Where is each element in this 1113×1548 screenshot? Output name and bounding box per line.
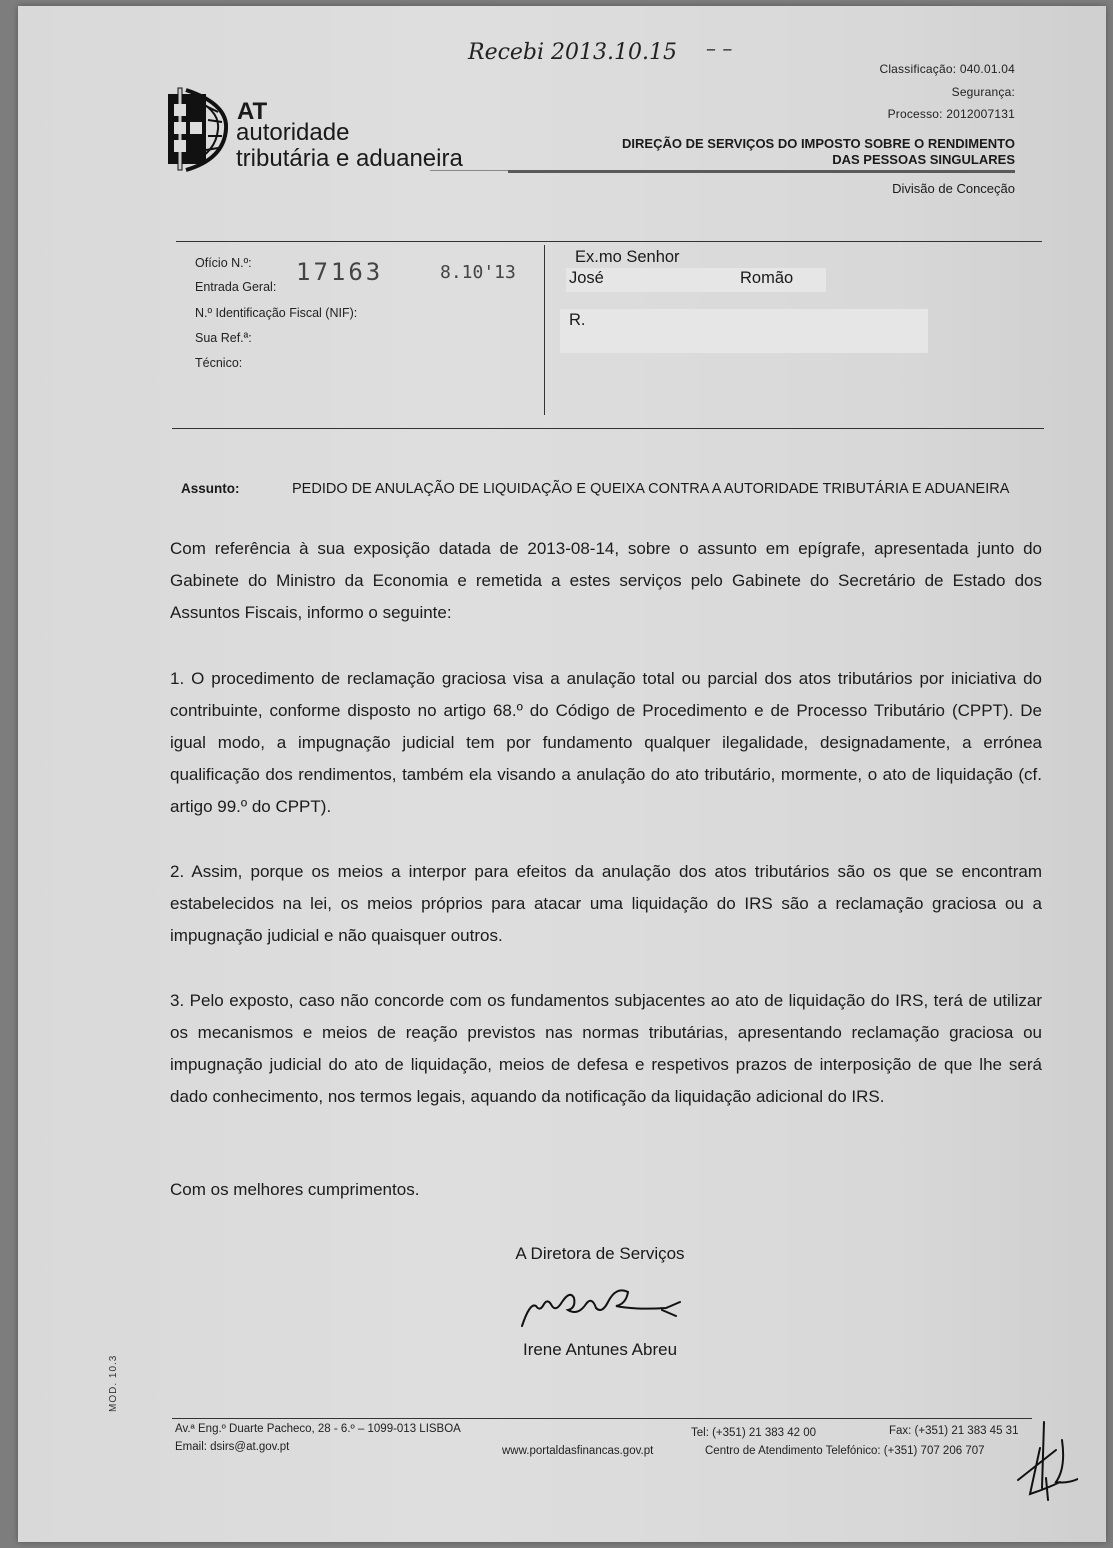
department-line2: DAS PESSOAS SINGULARES: [622, 152, 1015, 168]
footer-address: Av.ª Eng.º Duarte Pacheco, 28 - 6.º – 10…: [175, 1423, 461, 1435]
logo-text-line2: tributária e aduaneira: [236, 146, 463, 172]
department-line1: DIREÇÃO DE SERVIÇOS DO IMPOSTO SOBRE O R…: [622, 136, 1015, 152]
form-model-label: MOD. 10.3: [108, 1355, 119, 1412]
department-name: DIREÇÃO DE SERVIÇOS DO IMPOSTO SOBRE O R…: [622, 136, 1015, 168]
redacted-address-area: [560, 309, 928, 353]
sua-ref-label: Sua Ref.ª:: [195, 331, 252, 345]
subject-label: Assunto:: [181, 481, 240, 496]
seguranca: Segurança:: [952, 85, 1015, 99]
footer-call-center: Centro de Atendimento Telefónico: (+351)…: [705, 1445, 985, 1457]
handwritten-signature-icon: [516, 1282, 696, 1337]
logo-underline: [430, 170, 508, 171]
logo-text-line1: autoridade: [236, 120, 349, 146]
classificacao: Classificação: 040.01.04: [879, 62, 1015, 76]
recipient-salutation: Ex.mo Senhor: [575, 248, 680, 267]
recipient-last-name: Romão: [740, 269, 793, 288]
reference-top-rule: [176, 241, 1042, 242]
paragraph-2: 2. Assim, porque os meios a interpor par…: [170, 856, 1042, 952]
handwritten-received-note: Recebi 2013.10.15: [468, 40, 677, 65]
signature-title: A Diretora de Serviços: [480, 1244, 720, 1264]
reference-bottom-rule: [172, 428, 1044, 429]
footer-fax: Fax: (+351) 21 383 45 31: [889, 1425, 1018, 1437]
handwritten-initials-icon: [1008, 1418, 1078, 1513]
entrada-geral-label: Entrada Geral:: [195, 280, 276, 294]
entrada-stamp-date: 8.10'13: [440, 262, 516, 283]
recipient-address-initial: R.: [569, 311, 586, 330]
closing-line: Com os melhores cumprimentos.: [170, 1174, 1042, 1206]
footer-rule: [172, 1418, 1032, 1419]
footer-website: www.portaldasfinancas.gov.pt: [502, 1445, 653, 1457]
nif-label: N.º Identificação Fiscal (NIF):: [195, 306, 357, 320]
department-divider: [508, 170, 1015, 173]
division-name: Divisão de Conceção: [892, 181, 1015, 196]
tecnico-label: Técnico:: [195, 356, 242, 370]
intro-paragraph: Com referência à sua exposição datada de…: [170, 533, 1042, 629]
subject-text: PEDIDO DE ANULAÇÃO DE LIQUIDAÇÃO E QUEIX…: [292, 481, 1052, 498]
entrada-stamp-number: 17163: [296, 258, 383, 286]
reference-vertical-rule: [544, 245, 545, 415]
handwritten-dash-mark: – –: [706, 36, 732, 60]
signatory-name: Irene Antunes Abreu: [480, 1340, 720, 1360]
oficio-label: Ofício N.º:: [195, 256, 252, 270]
footer-tel: Tel: (+351) 21 383 42 00: [691, 1427, 816, 1439]
footer-email: Email: dsirs@at.gov.pt: [175, 1441, 289, 1453]
paragraph-1: 1. O procedimento de reclamação graciosa…: [170, 663, 1042, 823]
processo: Processo: 2012007131: [888, 107, 1015, 121]
paragraph-3: 3. Pelo exposto, caso não concorde com o…: [170, 985, 1042, 1113]
recipient-first-name: José: [569, 269, 604, 288]
at-emblem-icon: [158, 84, 228, 174]
